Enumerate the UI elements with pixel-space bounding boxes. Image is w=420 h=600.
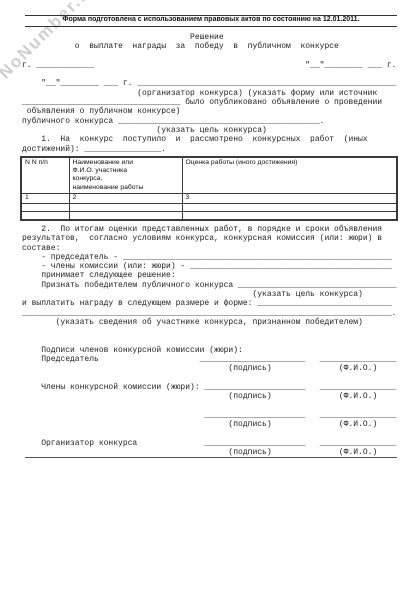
- doc-line: [22, 374, 396, 383]
- table-cell: 1: [21, 193, 69, 203]
- doc-line: 2. По итогам оценки представленных работ…: [22, 225, 396, 234]
- doc-line: ________________________________________…: [22, 309, 396, 318]
- doc-line: и выплатить награду в следующем размере …: [22, 299, 396, 308]
- signature-line: _____________________ ________________: [22, 411, 396, 420]
- doc-line: [22, 70, 396, 79]
- doc-line: [22, 430, 396, 439]
- doc-line: объявления о публичном конкурсе): [22, 107, 396, 116]
- document-page: NoNumber.ru Форма подготовлена с использ…: [0, 0, 420, 600]
- signature-caption: (подпись) (Ф.И.О.): [22, 364, 396, 373]
- table-cell: [182, 211, 397, 220]
- doc-line: (указать цель конкурса): [22, 126, 396, 135]
- table-number-row: 1 2 3: [21, 193, 397, 203]
- doc-line: 1. На конкурс поступило и рассмотрено ко…: [22, 135, 396, 144]
- document-body-section: 2. По итогам оценки представленных работ…: [22, 225, 396, 457]
- table-row: [21, 211, 397, 220]
- doc-line: [22, 327, 396, 336]
- doc-line: - председатель - _______________________…: [22, 253, 396, 262]
- doc-line: (указать цель конкурса): [22, 290, 396, 299]
- doc-line: принимает следующее решение:: [22, 271, 396, 280]
- table-cell: [21, 203, 69, 211]
- table-header-cell: N N п/п: [21, 157, 69, 193]
- signature-caption: (подпись) (Ф.И.О.): [22, 420, 396, 429]
- table-cell: [69, 211, 182, 220]
- doc-line: г. ____________ "__"________ ___ г.: [22, 61, 396, 70]
- table-cell: 3: [182, 193, 397, 203]
- table-header-cell: Наименование или Ф.И.О. участника конкур…: [69, 157, 182, 193]
- doc-line: [22, 52, 396, 61]
- doc-line: достижений): ________________.: [22, 145, 396, 154]
- table-header-row: N N п/п Наименование или Ф.И.О. участник…: [21, 157, 397, 193]
- doc-line: публичного конкурса ____________________…: [22, 117, 396, 126]
- doc-line: составе:: [22, 244, 396, 253]
- page-bottom-rule: [25, 457, 397, 458]
- doc-line: [22, 402, 396, 411]
- signature-line: Члены конкурсной комиссии (жюри): ______…: [22, 383, 396, 392]
- doc-line: (организатор конкурса) (указать форму ил…: [22, 89, 396, 98]
- prep-notice: Форма подготовлена с использованием прав…: [25, 16, 397, 23]
- table-cell: [69, 203, 182, 211]
- table-header-cell: Оценка работы (иного достижения): [182, 157, 397, 193]
- table-cell: 2: [69, 193, 182, 203]
- doc-line: Подписи членов конкурсной комиссии (жюри…: [22, 346, 396, 355]
- signature-caption: (подпись) (Ф.И.О.): [22, 392, 396, 401]
- table-row: [21, 203, 397, 211]
- doc-title-line: Решение: [22, 33, 396, 42]
- doc-title-line: о выплате награды за победу в публичном …: [22, 42, 396, 51]
- doc-line: результатов, согласно условиям конкурса,…: [22, 234, 396, 243]
- table-cell: [21, 211, 69, 220]
- prep-notice-rule-bottom: [25, 26, 397, 27]
- entries-table: N N п/п Наименование или Ф.И.О. участник…: [20, 156, 398, 221]
- document-intro-section: Решение о выплате награды за победу в пу…: [22, 33, 396, 154]
- doc-line: Признать победителем публичного конкурса…: [22, 281, 396, 290]
- doc-line: _________________________________ было о…: [22, 98, 396, 107]
- signature-line: Организатор конкурса ___________________…: [22, 439, 396, 448]
- doc-line: "__"________ ___ г. ____________________…: [22, 79, 396, 88]
- doc-line: (указать сведения об участнике конкурса,…: [22, 318, 396, 327]
- doc-line: [22, 337, 396, 346]
- signature-line: Председатель ______________________ ____…: [22, 355, 396, 364]
- doc-line: - члены комиссии (или: жюри) - _________…: [22, 262, 396, 271]
- table-cell: [182, 203, 397, 211]
